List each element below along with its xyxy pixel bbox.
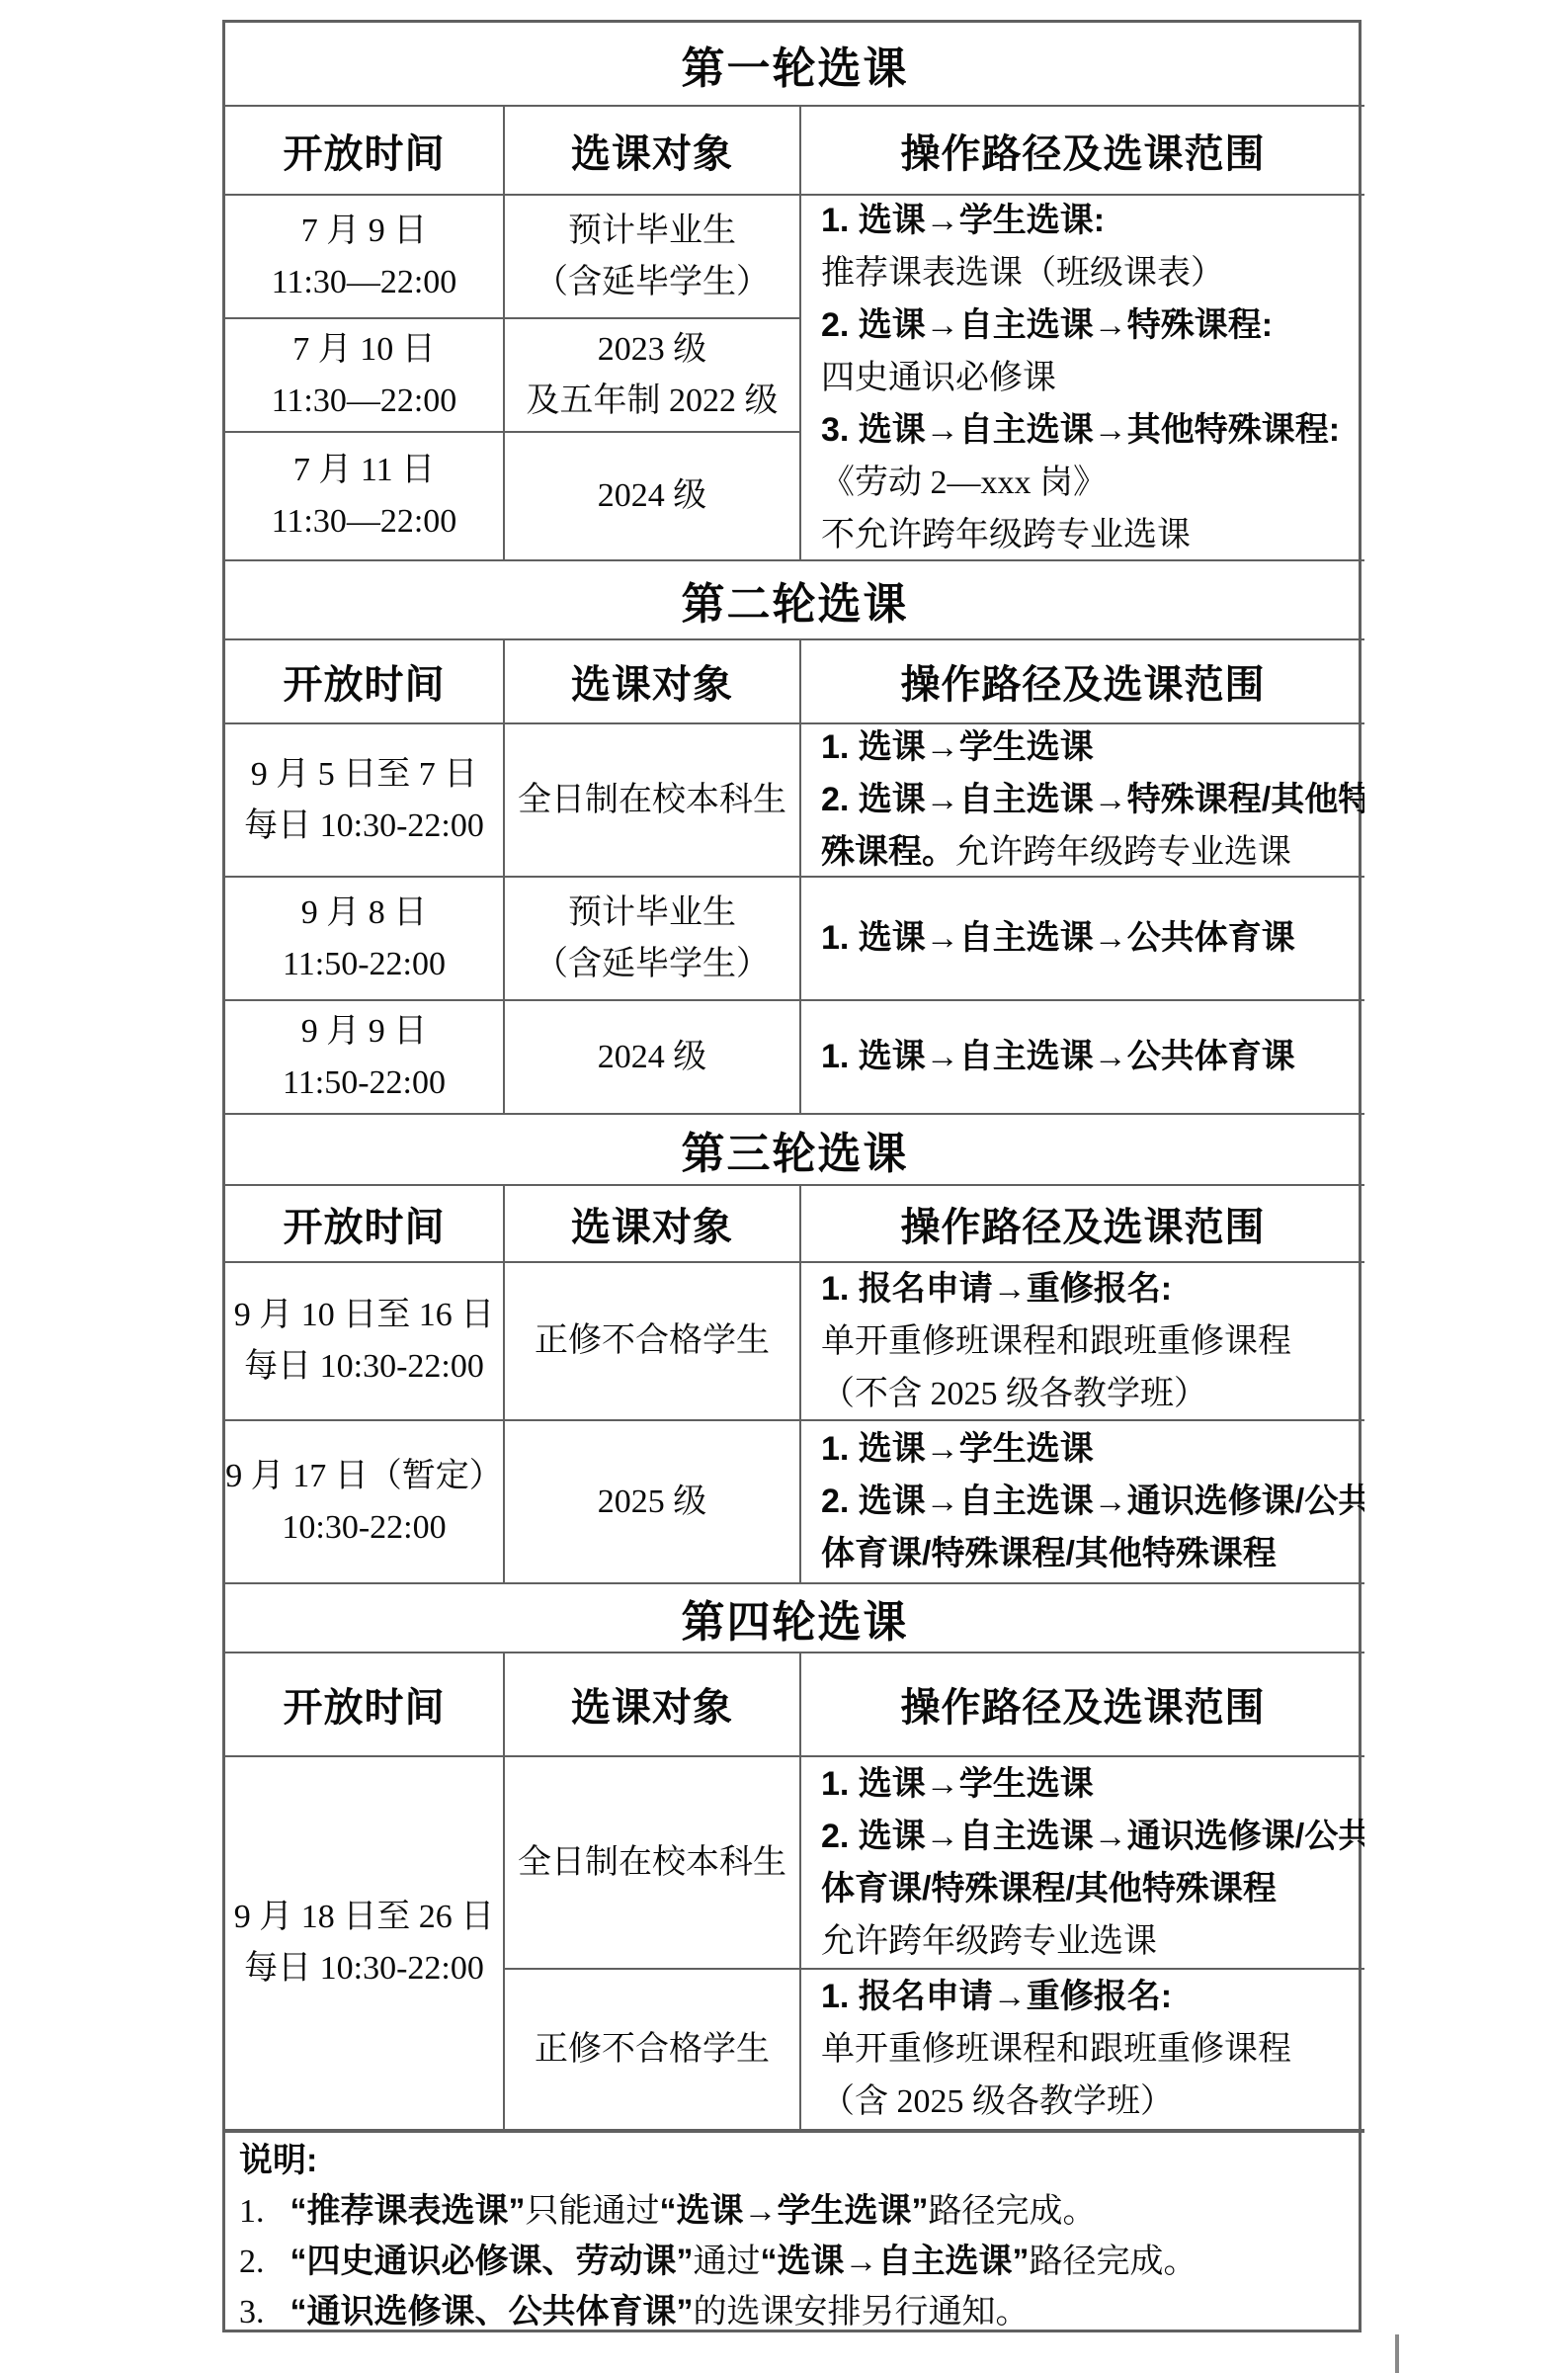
round-2-row-2-open-time: 9 月 8 日 11:50-22:00 xyxy=(225,878,505,1001)
round-1-header-time: 开放时间 xyxy=(225,107,505,196)
round-1-path-cell: 1. 选课→学生选课: 推荐课表选课（班级课表） 2. 选课→自主选课→特殊课程… xyxy=(801,196,1364,561)
notes-label: 说明: xyxy=(239,2136,1345,2186)
round-1-title: 第一轮选课 xyxy=(225,23,1364,107)
round-3-row-1-target: 正修不合格学生 xyxy=(505,1263,801,1421)
page-edge-mark xyxy=(1395,2334,1399,2373)
round-1-row-3-target: 2024 级 xyxy=(505,433,801,561)
round-1-header-path: 操作路径及选课范围 xyxy=(801,107,1364,196)
path-line: 3. 选课→自主选课→其他特殊课程: xyxy=(821,404,1340,457)
path-line: 不允许跨年级跨专业选课 xyxy=(821,509,1191,561)
round-4-row-1-target: 全日制在校本科生 xyxy=(505,1757,801,1970)
round-4-header-target: 选课对象 xyxy=(505,1653,801,1757)
path-line: 体育课/特殊课程/其他特殊课程 xyxy=(821,1863,1277,1915)
round-2-title: 第二轮选课 xyxy=(225,561,1364,640)
path-line: 殊课程。允许跨年级跨专业选课 xyxy=(821,826,1291,878)
round-4-header-time: 开放时间 xyxy=(225,1653,505,1757)
round-4-row-1-path: 1. 选课→学生选课 2. 选课→自主选课→通识选修课/公共 体育课/特殊课程/… xyxy=(801,1757,1364,1970)
round-2-header-path: 操作路径及选课范围 xyxy=(801,640,1364,724)
notes-section: 说明: 1.“推荐课表选课”只能通过“选课→学生选课”路径完成。 2.“四史通识… xyxy=(225,2133,1364,2335)
path-line: 《劳动 2—xxx 岗》 xyxy=(821,457,1107,509)
round-2-header-time: 开放时间 xyxy=(225,640,505,724)
path-line: 1. 报名申请→重修报名: xyxy=(821,1263,1172,1315)
path-line: （含 2025 级各教学班） xyxy=(821,2076,1174,2128)
note-item: 1.“推荐课表选课”只能通过“选课→学生选课”路径完成。 xyxy=(239,2186,1345,2237)
path-line: 四史通识必修课 xyxy=(821,352,1056,404)
round-3-row-1-path: 1. 报名申请→重修报名: 单开重修班课程和跟班重修课程 （不含 2025 级各… xyxy=(801,1263,1364,1421)
path-line: 1. 选课→学生选课: xyxy=(821,196,1105,247)
round-3-header-time: 开放时间 xyxy=(225,1186,505,1263)
path-line: 1. 报名申请→重修报名: xyxy=(821,1971,1172,2023)
round-1-row-2-target: 2023 级 及五年制 2022 级 xyxy=(505,319,801,433)
note-item: 3.“通识选修课、公共体育课”的选课安排另行通知。 xyxy=(239,2287,1345,2336)
round-1-row-1-open-time: 7 月 9 日 11:30—22:00 xyxy=(225,196,505,319)
path-line: 2. 选课→自主选课→通识选修课/公共 xyxy=(821,1476,1364,1528)
round-1-row-1-target: 预计毕业生 （含延毕学生） xyxy=(505,196,801,319)
round-2-row-3-target: 2024 级 xyxy=(505,1001,801,1115)
path-line: 允许跨年级跨专业选课 xyxy=(821,1915,1157,1968)
round-2-row-3-path: 1. 选课→自主选课→公共体育课 xyxy=(801,1001,1364,1115)
path-line: 单开重修班课程和跟班重修课程 xyxy=(821,1315,1291,1368)
path-line: 1. 选课→自主选课→公共体育课 xyxy=(821,912,1295,965)
round-3-title: 第三轮选课 xyxy=(225,1115,1364,1186)
path-line: 1. 选课→学生选课 xyxy=(821,1423,1094,1476)
round-3-header-target: 选课对象 xyxy=(505,1186,801,1263)
round-3-header-path: 操作路径及选课范围 xyxy=(801,1186,1364,1263)
round-2-row-3-open-time: 9 月 9 日 11:50-22:00 xyxy=(225,1001,505,1115)
path-line: （不含 2025 级各教学班） xyxy=(821,1368,1207,1420)
round-2-row-1-target: 全日制在校本科生 xyxy=(505,724,801,878)
path-line: 2. 选课→自主选课→特殊课程: xyxy=(821,299,1273,352)
round-1-row-3-open-time: 7 月 11 日 11:30—22:00 xyxy=(225,433,505,561)
round-3-row-2-target: 2025 级 xyxy=(505,1421,801,1584)
round-4-title: 第四轮选课 xyxy=(225,1584,1364,1653)
path-line: 体育课/特殊课程/其他特殊课程 xyxy=(821,1528,1277,1580)
path-line: 2. 选课→自主选课→特殊课程/其他特 xyxy=(821,774,1364,826)
round-1-row-2-open-time: 7 月 10 日 11:30—22:00 xyxy=(225,319,505,433)
round-1-header-target: 选课对象 xyxy=(505,107,801,196)
round-2-row-1-open-time: 9 月 5 日至 7 日 每日 10:30-22:00 xyxy=(225,724,505,878)
round-2-row-1-path: 1. 选课→学生选课 2. 选课→自主选课→特殊课程/其他特 殊课程。允许跨年级… xyxy=(801,724,1364,878)
path-line: 1. 选课→学生选课 xyxy=(821,1758,1094,1811)
round-3-row-2-open-time: 9 月 17 日（暂定） 10:30-22:00 xyxy=(225,1421,505,1584)
round-4-header-path: 操作路径及选课范围 xyxy=(801,1653,1364,1757)
path-line: 1. 选课→自主选课→公共体育课 xyxy=(821,1031,1295,1083)
round-4-open-time: 9 月 18 日至 26 日 每日 10:30-22:00 xyxy=(225,1757,505,2133)
path-line: 单开重修班课程和跟班重修课程 xyxy=(821,2023,1291,2076)
round-2-row-2-target: 预计毕业生 （含延毕学生） xyxy=(505,878,801,1001)
course-selection-table: 第一轮选课 开放时间 选课对象 操作路径及选课范围 7 月 9 日 11:30—… xyxy=(222,20,1362,2332)
path-line: 2. 选课→自主选课→通识选修课/公共 xyxy=(821,1811,1364,1863)
path-line: 推荐课表选课（班级课表） xyxy=(821,247,1224,299)
round-4-row-2-target: 正修不合格学生 xyxy=(505,1970,801,2133)
round-2-row-2-path: 1. 选课→自主选课→公共体育课 xyxy=(801,878,1364,1001)
round-3-row-1-open-time: 9 月 10 日至 16 日 每日 10:30-22:00 xyxy=(225,1263,505,1421)
note-item: 2.“四史通识必修课、劳动课”通过“选课→自主选课”路径完成。 xyxy=(239,2237,1345,2287)
round-4-row-2-path: 1. 报名申请→重修报名: 单开重修班课程和跟班重修课程 （含 2025 级各教… xyxy=(801,1970,1364,2133)
round-2-header-target: 选课对象 xyxy=(505,640,801,724)
path-line: 1. 选课→学生选课 xyxy=(821,724,1094,774)
round-3-row-2-path: 1. 选课→学生选课 2. 选课→自主选课→通识选修课/公共 体育课/特殊课程/… xyxy=(801,1421,1364,1584)
